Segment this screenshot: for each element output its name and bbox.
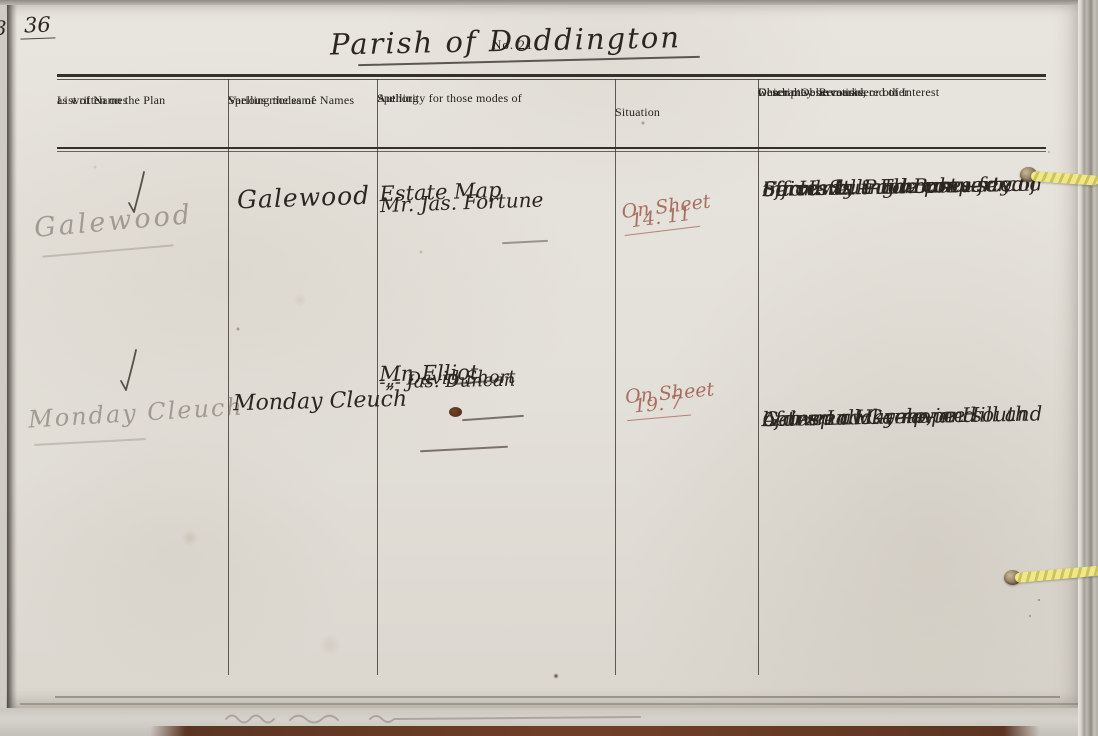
binding-gutter-shadow: [7, 4, 17, 708]
table-top-rule: [57, 74, 1046, 77]
header-line: Situation: [615, 99, 660, 125]
authority-line: -„- David Short: [379, 367, 516, 390]
previous-page-number-partial: 3: [0, 16, 7, 40]
stacked-page-edges: [1078, 0, 1098, 736]
column-divider: [377, 79, 378, 675]
ink-blot: [449, 407, 462, 417]
book-cover-band: [150, 726, 1040, 736]
header-line: Spelling: [377, 85, 419, 111]
number-stamp: No. 21: [492, 37, 533, 53]
column-divider: [758, 79, 759, 675]
remark-line: Sir H. St. Paul Bart —: [762, 165, 984, 210]
header-line: which may be considered of Interest: [758, 83, 939, 102]
header-line: Spelling the same Names: [228, 87, 354, 113]
remark-line: Gains Law ———: [762, 396, 935, 440]
table-top-rule-thin: [57, 79, 1046, 80]
column-divider: [228, 79, 229, 675]
page-bottom-edge-line: [55, 696, 1060, 698]
page-number: 36: [20, 12, 56, 39]
header-line: as written on the Plan: [57, 87, 165, 113]
header-bottom-rule-thin: [57, 151, 1046, 152]
spelling-entry: Galewood: [237, 181, 371, 215]
scanned-name-book-page: 3 36 Parish of Doddington No. 21 List of…: [0, 0, 1098, 736]
paper-page: [6, 4, 1080, 708]
column-divider: [615, 79, 616, 675]
page-bottom-edge-line: [20, 703, 1080, 705]
header-bottom-rule: [57, 147, 1046, 149]
photo-top-edge: [0, 0, 1098, 5]
